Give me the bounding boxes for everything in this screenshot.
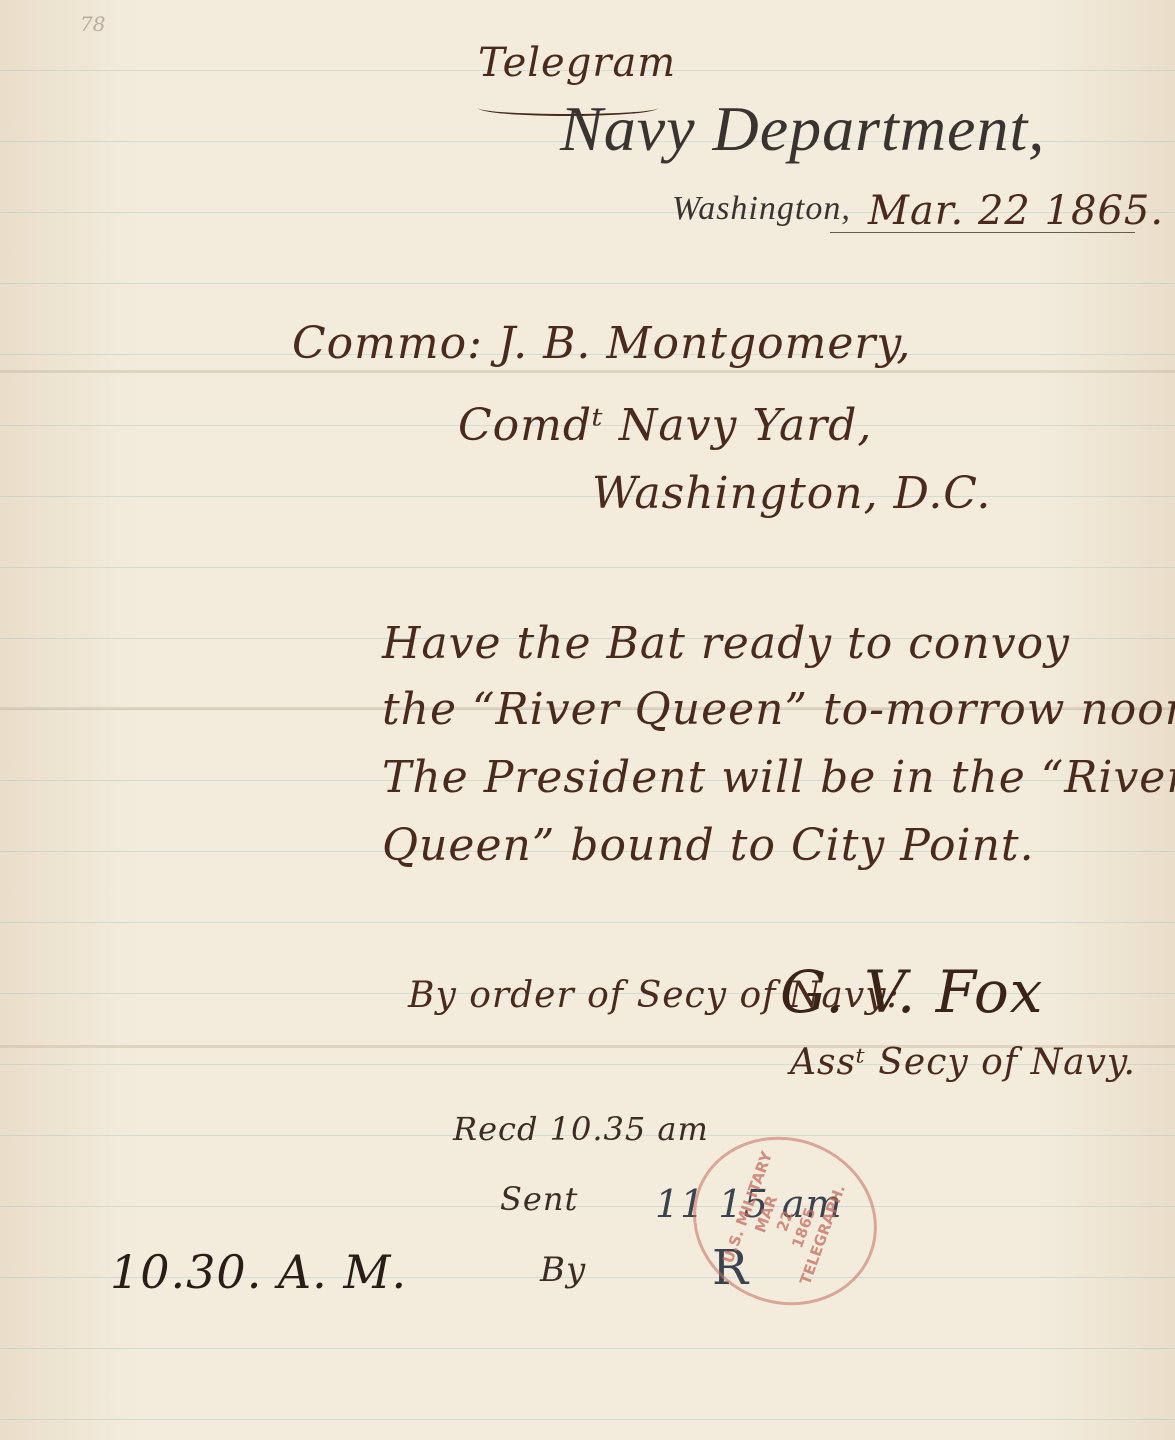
dispatch-time: 10.30. A. M. — [110, 1245, 407, 1299]
message-line-4: Queen” bound to City Point. — [382, 820, 1035, 871]
received-time-note: Recd 10.35 am — [453, 1110, 709, 1148]
sent-label: Sent — [500, 1180, 578, 1218]
by-label: By — [540, 1250, 586, 1290]
recipient-name: Commo: J. B. Montgomery, — [292, 318, 911, 369]
signature: G. V. Fox — [780, 958, 1043, 1026]
corner-page-mark: 78 — [80, 12, 105, 36]
recipient-location: Washington, D.C. — [592, 468, 991, 519]
message-line-2: the “River Queen” to-morrow noon. — [382, 684, 1175, 735]
message-line-3: The President will be in the “River — [382, 752, 1175, 803]
message-line-1: Have the Bat ready to convoy — [382, 618, 1070, 669]
signer-title: Assᵗ Secy of Navy. — [790, 1042, 1136, 1083]
letterhead-department: Navy Department, — [560, 92, 1045, 166]
telegram-document: 78 Telegram Navy Department, Washington,… — [0, 0, 1175, 1440]
recipient-title: Comdᵗ Navy Yard, — [458, 400, 872, 451]
date-underline — [830, 232, 1135, 233]
letterhead-telegram-label: Telegram — [478, 40, 676, 86]
paper-fold-line — [0, 370, 1175, 373]
letterhead-place: Washington, — [672, 190, 851, 228]
letterhead-date: Mar. 22 1865. — [868, 188, 1164, 234]
